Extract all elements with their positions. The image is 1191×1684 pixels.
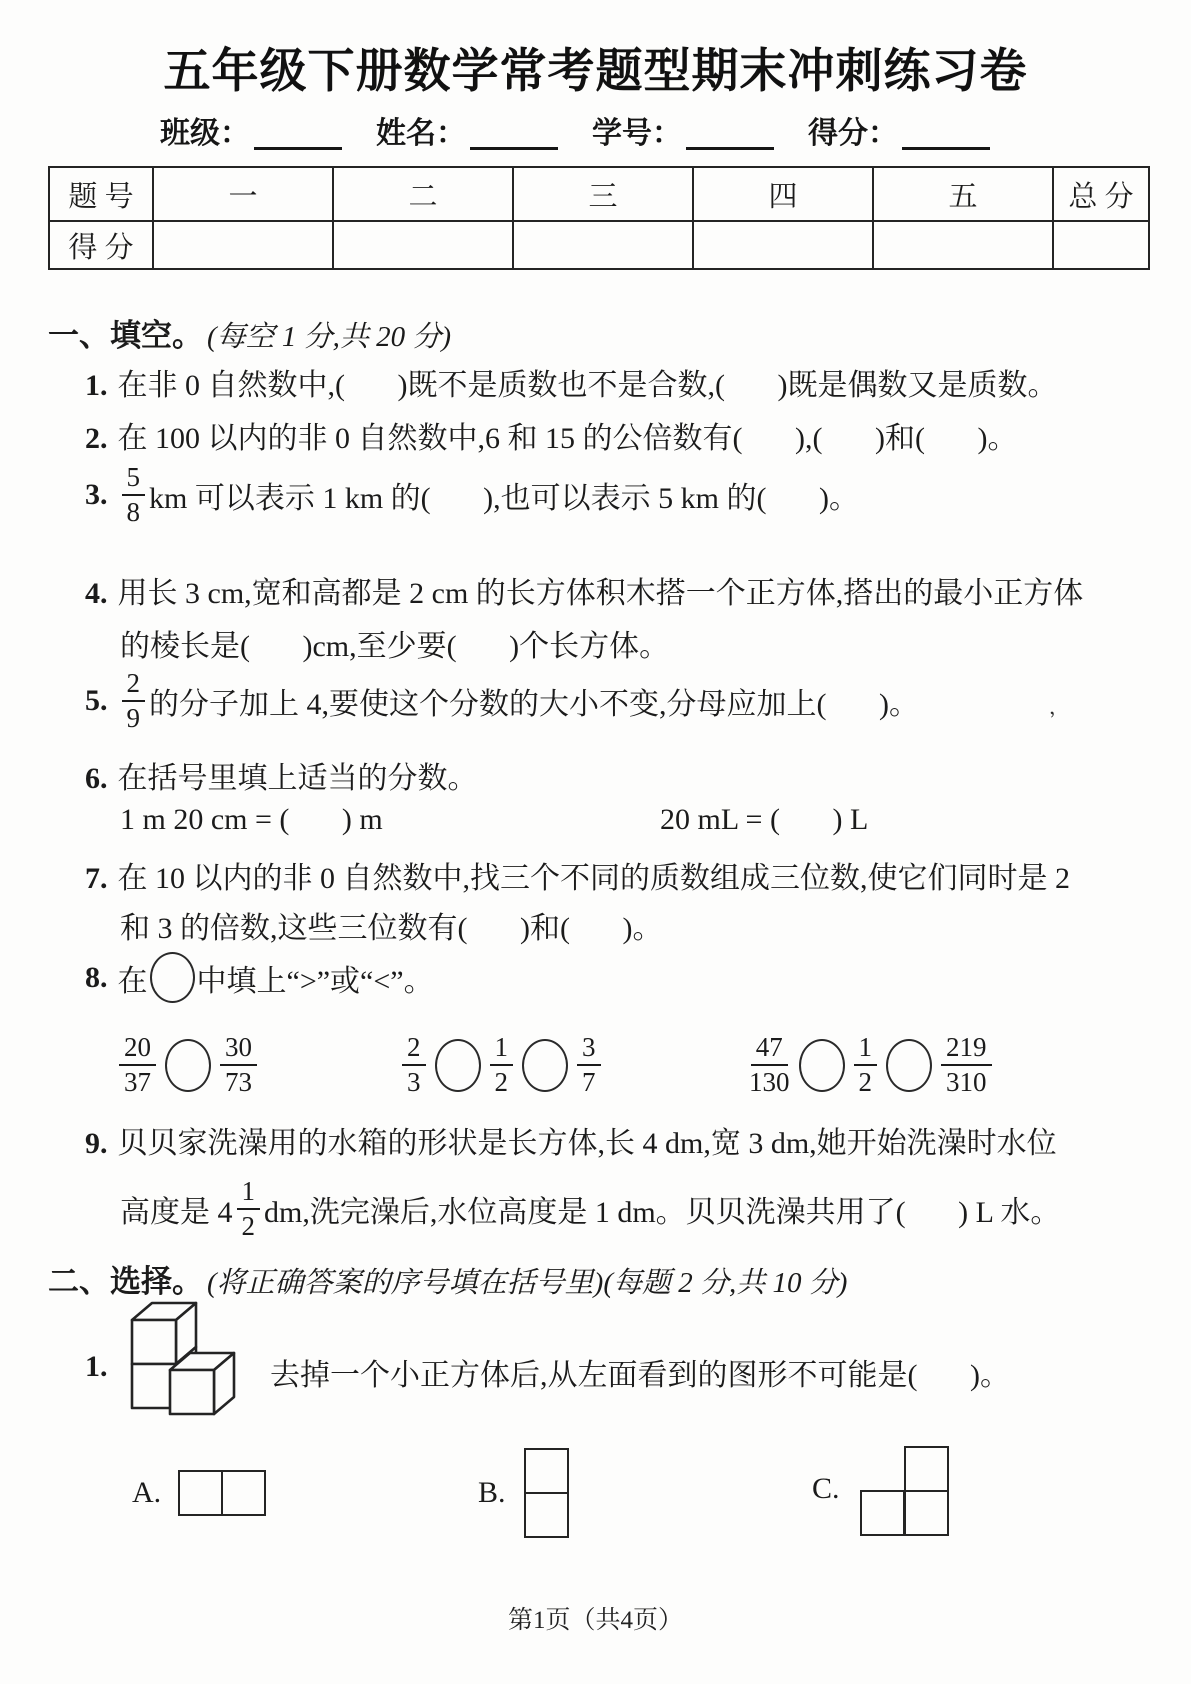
compare-circle[interactable] (435, 1039, 481, 1092)
q9-text-line1: 贝贝家洗澡用的水箱的形状是长方体,长 4 dm,宽 3 dm,她开始洗澡时水位 (118, 1127, 1057, 1160)
fraction-numerator: 2 (402, 1034, 426, 1066)
section1-note: (每空 1 分,共 20 分) (207, 321, 451, 353)
square (178, 1470, 223, 1516)
header-part-5: 五 (873, 167, 1053, 221)
fraction-denominator: 2 (495, 1066, 509, 1096)
q9-mixed-fraction: 1 2 (237, 1178, 261, 1240)
score-cell-4[interactable] (693, 221, 873, 269)
fraction: 2037 (119, 1034, 156, 1096)
q6-sub1-text: 1 m 20 cm = ( ) m (120, 803, 383, 836)
fraction-numerator: 1 (854, 1034, 878, 1066)
table-header-row: 题 号 一 二 三 四 五 总 分 (49, 167, 1149, 221)
option-c-shape[interactable] (860, 1446, 950, 1538)
q3-fraction: 5 8 (122, 464, 146, 526)
student-info-line: 班级： 姓名： 学号： 得分： (160, 108, 1024, 152)
student-id-field: 学号： (592, 108, 780, 152)
q8-text-before: 在 (118, 956, 148, 1000)
student-id-label: 学号： (592, 108, 682, 152)
fraction-denominator: 130 (749, 1066, 790, 1096)
score-cell-2[interactable] (333, 221, 513, 269)
q6-text: 在括号里填上适当的分数。 (118, 762, 478, 795)
s2-q1-number-line: 1. (85, 1350, 118, 1384)
class-blank[interactable] (254, 119, 342, 150)
question-9-line2: 高度是 4 1 2 dm,洗完澡后,水位高度是 1 dm。贝贝洗澡共用了( ) … (120, 1178, 1060, 1240)
name-blank[interactable] (470, 119, 558, 150)
fraction-numerator: 30 (220, 1034, 257, 1066)
header-part-4: 四 (693, 167, 873, 221)
square (904, 1490, 949, 1536)
question-4-line1: 4.用长 3 cm,宽和高都是 2 cm 的长方体积木搭一个正方体,搭出的最小正… (85, 568, 1083, 612)
header-part-2: 二 (333, 167, 513, 221)
q2-number: 2. (85, 422, 108, 455)
q3-fraction-denominator: 8 (127, 496, 141, 526)
q8-text-after: 中填上“>”或“<”。 (197, 956, 434, 1000)
score-cell-1[interactable] (153, 221, 333, 269)
option-a-shape[interactable] (178, 1470, 268, 1516)
square (904, 1446, 949, 1492)
s2-q1-text-line: 去掉一个小正方体后,从左面看到的图形不可能是( )。 (270, 1350, 1010, 1394)
score-blank[interactable] (902, 119, 990, 150)
option-c[interactable]: C. (812, 1472, 840, 1506)
s2-q1-text: 去掉一个小正方体后,从左面看到的图形不可能是( )。 (270, 1359, 1010, 1392)
option-b-shape[interactable] (524, 1448, 569, 1538)
fraction: 47130 (749, 1034, 790, 1096)
question-1: 1.在非 0 自然数中,( )既不是质数也不是合数,( )既是偶数又是质数。 (85, 360, 1057, 404)
s2-q1-number: 1. (85, 1350, 108, 1383)
table-score-row: 得 分 (49, 221, 1149, 269)
q6-sub2-text: 20 mL = ( ) L (660, 803, 868, 836)
section2-heading: 二、选择。(将正确答案的序号填在括号里)(每题 2 分,共 10 分) (48, 1256, 847, 1301)
fraction-denominator: 310 (946, 1066, 987, 1096)
q7-text-line2: 和 3 的倍数,这些三位数有( )和( )。 (120, 912, 662, 945)
page-footer: 第1页（共4页） (0, 1600, 1191, 1636)
q9-mixed-numerator: 1 (237, 1178, 261, 1210)
fraction-numerator: 3 (577, 1034, 601, 1066)
question-2: 2.在 100 以内的非 0 自然数中,6 和 15 的公倍数有( ),( )和… (85, 413, 1017, 457)
q8-compare-group-1: 2037 3073 (115, 1034, 261, 1096)
q4-number: 4. (85, 577, 108, 610)
q9-text-line2-pre: 高度是 4 (120, 1187, 233, 1231)
option-a-label: A. (132, 1476, 161, 1509)
question-9-line1: 9.贝贝家洗澡用的水箱的形状是长方体,长 4 dm,宽 3 dm,她开始洗澡时水… (85, 1118, 1057, 1162)
q4-text-line1: 用长 3 cm,宽和高都是 2 cm 的长方体积木搭一个正方体,搭出的最小正方体 (118, 577, 1084, 610)
compare-circle[interactable] (522, 1039, 568, 1092)
score-cell-3[interactable] (513, 221, 693, 269)
score-label: 得分： (808, 108, 898, 152)
compare-circle[interactable] (165, 1039, 211, 1092)
option-c-label: C. (812, 1472, 840, 1505)
q3-fraction-numerator: 5 (122, 464, 146, 496)
q6-number: 6. (85, 762, 108, 795)
question-6-sub2: 20 mL = ( ) L (660, 803, 868, 837)
q7-number: 7. (85, 862, 108, 895)
option-b[interactable]: B. (478, 1476, 506, 1510)
fraction-denominator: 7 (582, 1066, 596, 1096)
q9-number: 9. (85, 1127, 108, 1160)
q1-number: 1. (85, 369, 108, 402)
score-cell-5[interactable] (873, 221, 1053, 269)
fraction-denominator: 2 (859, 1066, 873, 1096)
header-question-no: 题 号 (49, 167, 153, 221)
exam-page: 五年级下册数学常考题型期末冲刺练习卷 班级： 姓名： 学号： 得分： 题 号 一… (0, 0, 1191, 1684)
q7-text-line1: 在 10 以内的非 0 自然数中,找三个不同的质数组成三位数,使它们同时是 2 (118, 862, 1071, 895)
header-total: 总 分 (1053, 167, 1149, 221)
fraction: 12 (854, 1034, 878, 1096)
fraction: 12 (490, 1034, 514, 1096)
q5-number: 5. (85, 684, 108, 718)
class-label: 班级： (160, 108, 250, 152)
fraction-numerator: 20 (119, 1034, 156, 1066)
page-title: 五年级下册数学常考题型期末冲刺练习卷 (0, 34, 1191, 101)
q8-number: 8. (85, 961, 108, 995)
q2-text: 在 100 以内的非 0 自然数中,6 和 15 的公倍数有( ),( )和( … (118, 422, 1018, 455)
fraction-denominator: 37 (124, 1066, 151, 1096)
option-a[interactable]: A. (132, 1476, 161, 1510)
question-3: 3. 5 8 km 可以表示 1 km 的( ),也可以表示 5 km 的( )… (85, 464, 859, 526)
q3-number: 3. (85, 478, 108, 512)
section1-heading: 一、填空。(每空 1 分,共 20 分) (48, 310, 451, 355)
q5-text: 的分子加上 4,要使这个分数的大小不变,分母应加上( )。 (149, 679, 919, 723)
option-b-label: B. (478, 1476, 506, 1509)
score-field: 得分： (808, 108, 996, 152)
q5-fraction-denominator: 9 (127, 702, 141, 732)
square (524, 1492, 569, 1538)
student-id-blank[interactable] (686, 119, 774, 150)
question-8: 8. 在 中填上“>”或“<”。 (85, 952, 434, 1003)
q8-compare-group-3: 47130 12 219310 (745, 1034, 996, 1096)
question-6: 6.在括号里填上适当的分数。 (85, 753, 478, 797)
fraction: 37 (577, 1034, 601, 1096)
cubes-figure (122, 1298, 254, 1422)
header-part-1: 一 (153, 167, 333, 221)
compare-circle[interactable] (886, 1039, 932, 1092)
question-5: 5. 2 9 的分子加上 4,要使这个分数的大小不变,分母应加上( )。 (85, 670, 919, 732)
q5-fraction-numerator: 2 (122, 670, 146, 702)
compare-circle[interactable] (799, 1039, 845, 1092)
fraction-numerator: 1 (490, 1034, 514, 1066)
section2-title: 二、选择。 (48, 1264, 203, 1299)
name-label: 姓名： (376, 108, 466, 152)
q8-compare-circle-example[interactable] (150, 952, 195, 1003)
score-row-label: 得 分 (49, 221, 153, 269)
square (860, 1490, 905, 1536)
fraction-denominator: 73 (225, 1066, 252, 1096)
fraction-denominator: 3 (407, 1066, 421, 1096)
fraction: 23 (402, 1034, 426, 1096)
score-summary-table: 题 号 一 二 三 四 五 总 分 得 分 (48, 166, 1150, 270)
q8-compare-group-2: 23 12 37 (398, 1034, 605, 1096)
q4-text-line2: 的棱长是( )cm,至少要( )个长方体。 (120, 630, 669, 663)
section1-title: 一、填空。 (48, 318, 203, 353)
q3-text: km 可以表示 1 km 的( ),也可以表示 5 km 的( )。 (149, 473, 859, 517)
header-part-3: 三 (513, 167, 693, 221)
name-field: 姓名： (376, 108, 564, 152)
q9-text-line2-post: dm,洗完澡后,水位高度是 1 dm。贝贝洗澡共用了( ) L 水。 (264, 1187, 1060, 1231)
question-6-sub1: 1 m 20 cm = ( ) m (120, 803, 383, 837)
question-4-line2: 的棱长是( )cm,至少要( )个长方体。 (120, 621, 669, 665)
question-7-line2: 和 3 的倍数,这些三位数有( )和( )。 (120, 903, 662, 947)
fraction-numerator: 47 (751, 1034, 788, 1066)
q9-mixed-denominator: 2 (242, 1210, 256, 1240)
score-cell-total[interactable] (1053, 221, 1149, 269)
square (524, 1448, 569, 1494)
q1-text: 在非 0 自然数中,( )既不是质数也不是合数,( )既是偶数又是质数。 (118, 369, 1058, 402)
fraction: 219310 (941, 1034, 992, 1096)
q5-fraction: 2 9 (122, 670, 146, 732)
question-7-line1: 7.在 10 以内的非 0 自然数中,找三个不同的质数组成三位数,使它们同时是 … (85, 853, 1070, 897)
square (221, 1470, 266, 1516)
fraction-numerator: 219 (941, 1034, 992, 1066)
fraction: 3073 (220, 1034, 257, 1096)
section2-note: (将正确答案的序号填在括号里)(每题 2 分,共 10 分) (207, 1267, 847, 1299)
scan-artifact: , (1045, 694, 1057, 721)
class-field: 班级： (160, 108, 348, 152)
